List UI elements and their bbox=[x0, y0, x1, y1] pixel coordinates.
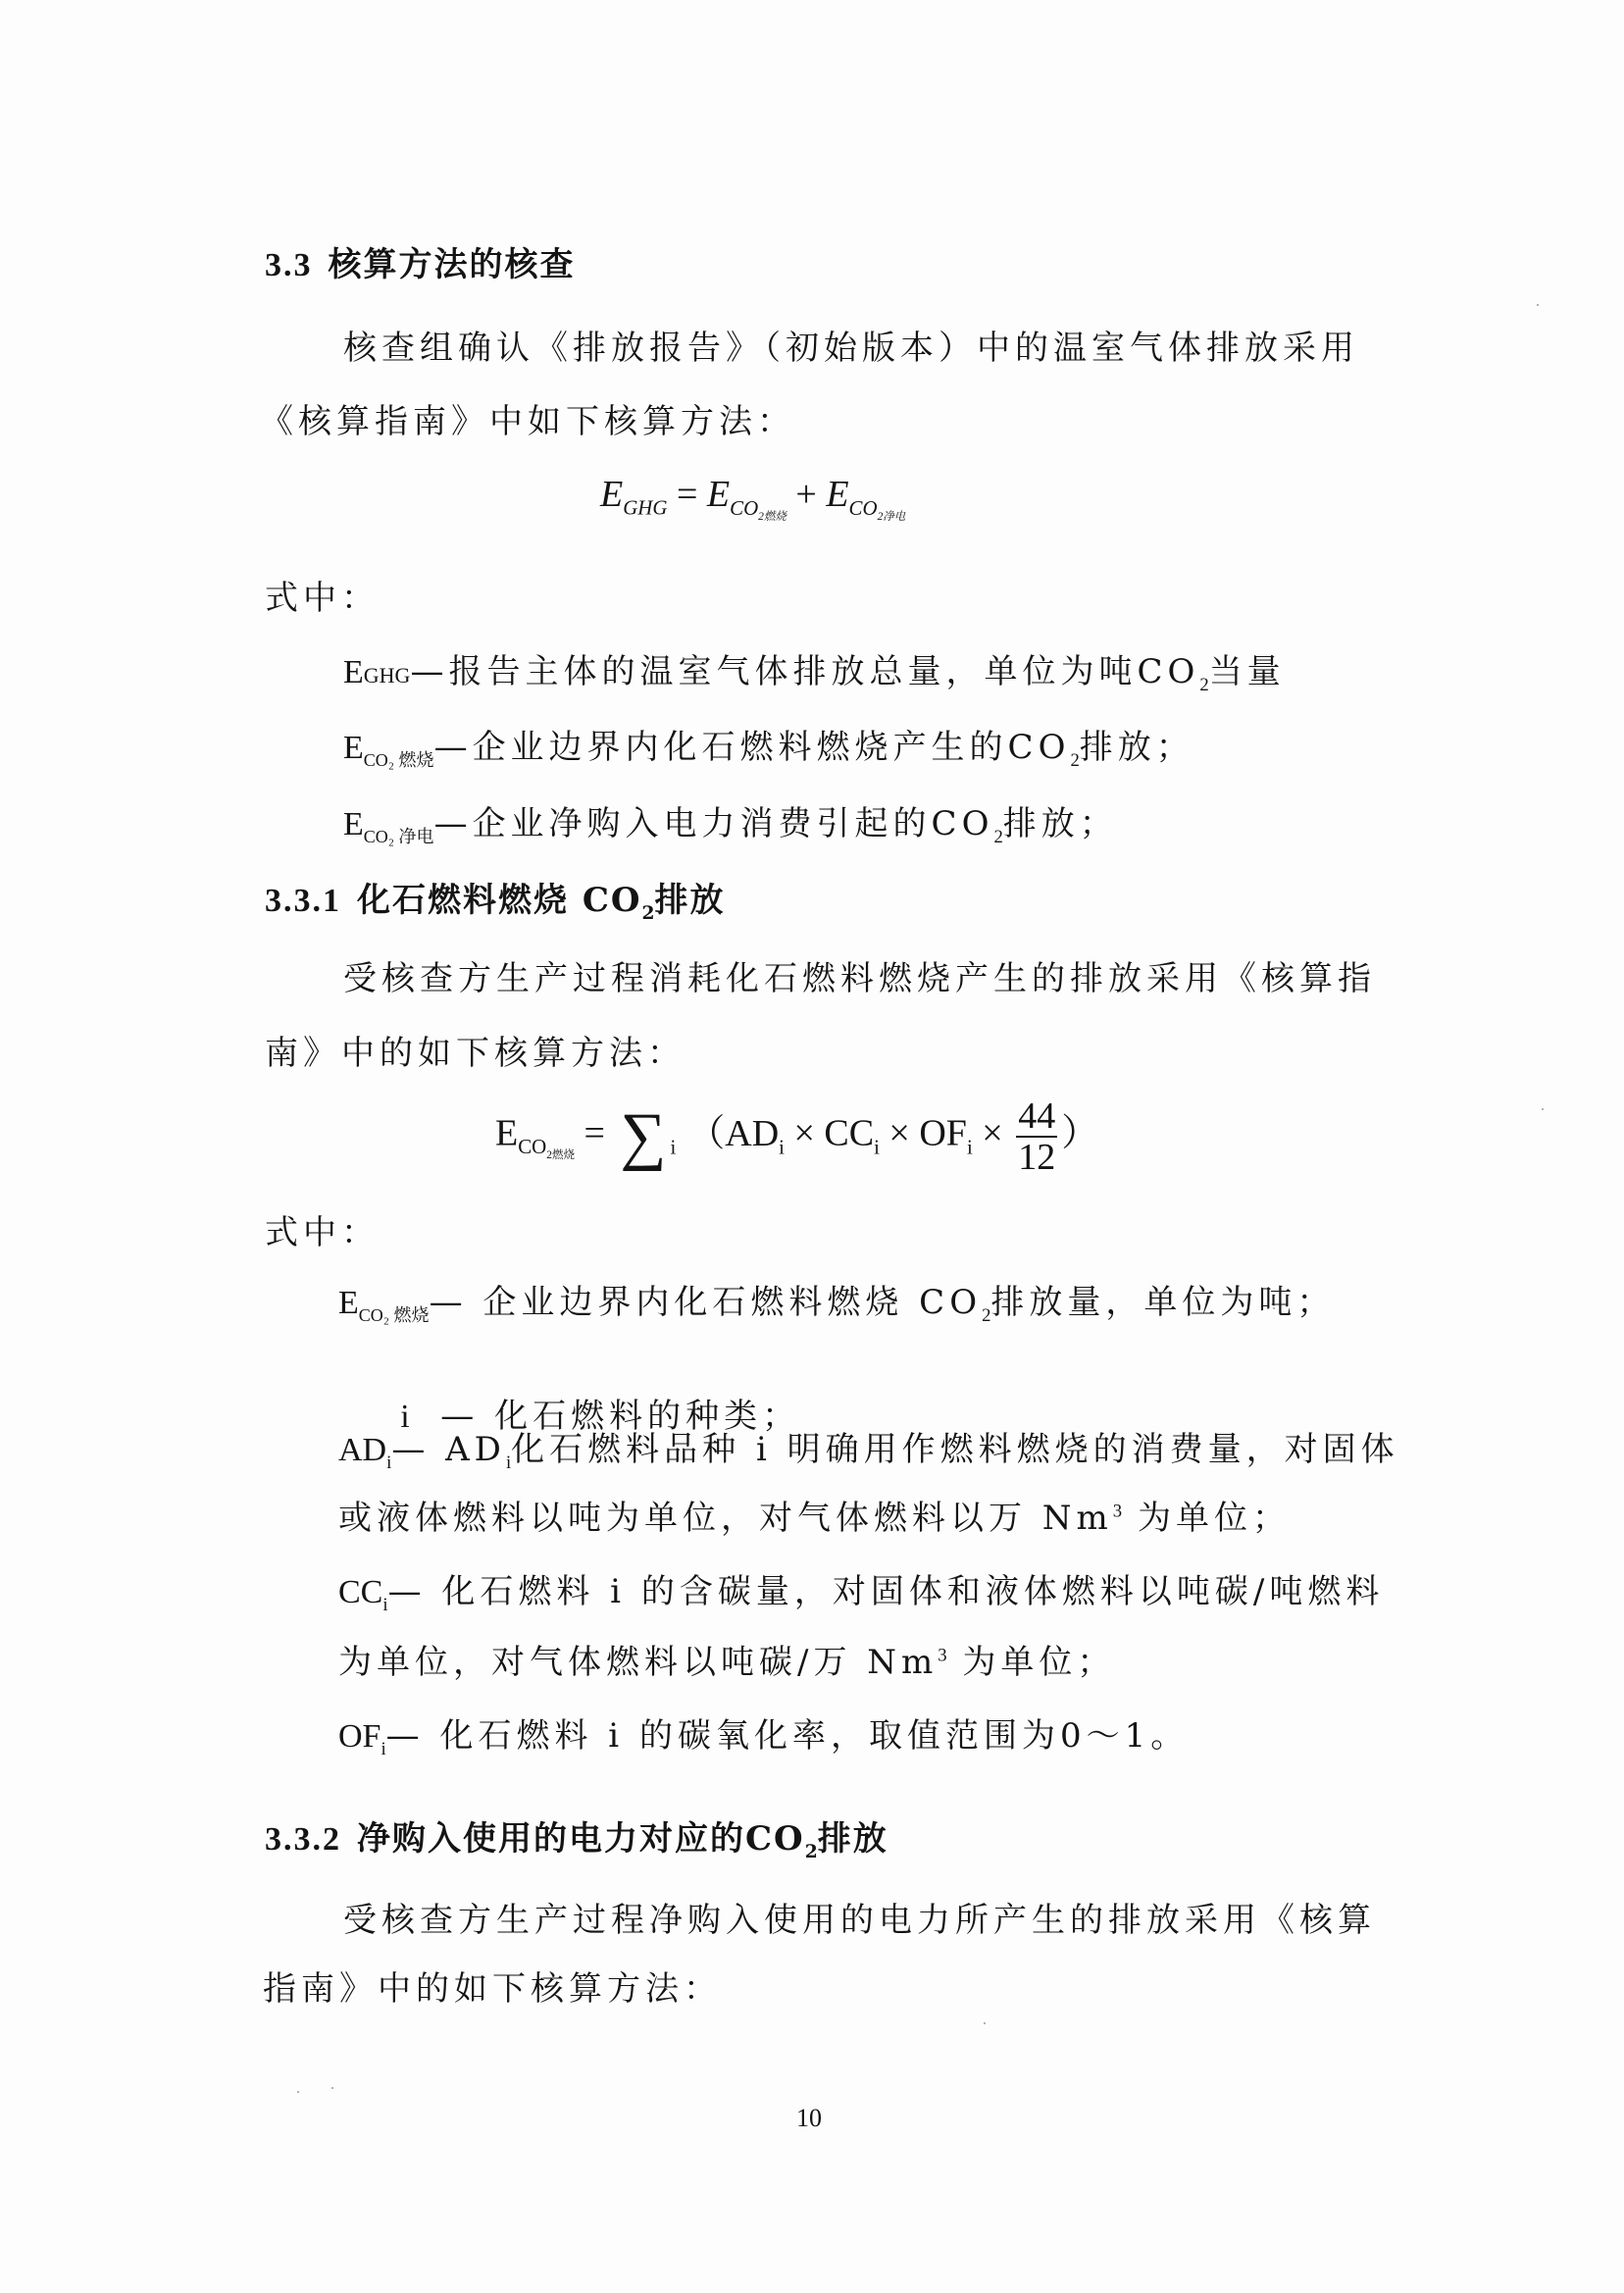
definition-text: 或液体燃料以吨为单位，对气体燃料以万 Nm bbox=[338, 1499, 1113, 1538]
paragraph-line: 核查组确认《排放报告》（初始版本）中的温室气体排放采用 bbox=[343, 329, 1359, 368]
summation-index: i bbox=[670, 1135, 676, 1158]
definition-text: 排放； bbox=[1003, 804, 1118, 843]
page-number: 10 bbox=[796, 2104, 822, 2133]
definition-text: 排放； bbox=[1080, 728, 1194, 767]
definition-text: — 企业边界内化石燃料燃烧 CO bbox=[430, 1283, 983, 1322]
definition-symbol: OF bbox=[338, 1718, 381, 1755]
section-number: 3.3.1 bbox=[265, 883, 341, 919]
formula-term: （AD bbox=[687, 1113, 779, 1154]
formula-subscript: 2燃烧 bbox=[546, 1149, 575, 1161]
formula-subscript: 2净电 bbox=[878, 511, 906, 523]
scan-speck bbox=[1273, 1307, 1275, 1309]
paragraph-line: 指南》中的如下核算方法： bbox=[263, 1969, 722, 2009]
formula-term: × OF bbox=[880, 1113, 967, 1154]
definition-text: — 化石燃料 i 的碳氧化率，取值范围为0～1。 bbox=[386, 1716, 1190, 1756]
scan-speck bbox=[331, 2087, 333, 2089]
section-title: 核算方法的核查 bbox=[329, 245, 576, 284]
section-number: 3.3.2 bbox=[265, 1821, 341, 1858]
section-title: 排放 bbox=[655, 881, 726, 920]
section-title: 化石燃料燃烧 CO bbox=[357, 881, 642, 920]
section-title-subscript: 2 bbox=[642, 902, 655, 924]
definition-symbol: E bbox=[338, 1285, 359, 1321]
definition-text: 化石燃料品种 i 明确用作燃料燃烧的消费量，对固体 bbox=[511, 1430, 1399, 1469]
definition-item: ADi— ADi化石燃料品种 i 明确用作燃料燃烧的消费量，对固体 bbox=[338, 1430, 1399, 1470]
scan-speck bbox=[1542, 1108, 1544, 1110]
formula-symbol: E bbox=[826, 474, 848, 515]
document-page: 3.3核算方法的核查 核查组确认《排放报告》（初始版本）中的温室气体排放采用 《… bbox=[0, 0, 1624, 2293]
definition-subscript: CO₂ 燃烧 bbox=[359, 1305, 430, 1325]
fraction-numerator: 44 bbox=[1016, 1096, 1057, 1138]
definition-text: —企业边界内化石燃料燃烧产生的CO bbox=[434, 728, 1071, 767]
section-title: 净购入使用的电力对应的CO bbox=[357, 1819, 805, 1859]
section-heading-3-3: 3.3核算方法的核查 bbox=[265, 245, 576, 285]
formula-operator: × bbox=[973, 1113, 1012, 1154]
section-heading-3-3-1: 3.3.1化石燃料燃烧 CO2排放 bbox=[265, 881, 726, 921]
definition-subscript: CO₂ 净电 bbox=[364, 827, 434, 846]
definition-subscript: 2 bbox=[1070, 750, 1079, 771]
definition-subscript: 2 bbox=[993, 827, 1002, 847]
definition-symbol: E bbox=[343, 654, 364, 690]
paragraph-line: 受核查方生产过程消耗化石燃料燃烧产生的排放采用《核算指 bbox=[343, 959, 1376, 998]
formula-operator: = bbox=[667, 474, 706, 515]
scan-speck bbox=[984, 2022, 986, 2024]
definition-item: ECO₂ 净电—企业净购入电力消费引起的CO2排放； bbox=[343, 804, 1118, 844]
definition-text: —报告主体的温室气体排放总量，单位为吨CO bbox=[410, 652, 1199, 691]
formula-operator: + bbox=[787, 474, 826, 515]
fraction: 4412 bbox=[1016, 1096, 1057, 1177]
definition-text: 为单位； bbox=[947, 1643, 1116, 1682]
paragraph-line: 《核算指南》中如下核算方法： bbox=[260, 402, 795, 441]
formula-subscript: GHG bbox=[623, 496, 667, 520]
definition-item: ECO₂ 燃烧— 企业边界内化石燃料燃烧 CO2排放量，单位为吨； bbox=[338, 1283, 1335, 1323]
definition-text: 为单位； bbox=[1122, 1499, 1291, 1538]
where-label: 式中： bbox=[265, 1213, 380, 1252]
definition-subscript: 2 bbox=[1199, 675, 1208, 695]
formula-subscript: 2燃烧 bbox=[758, 511, 787, 523]
definition-continuation: 或液体燃料以吨为单位，对气体燃料以万 Nm3 为单位； bbox=[338, 1499, 1291, 1538]
scan-speck bbox=[1537, 304, 1539, 306]
formula-symbol: E bbox=[600, 474, 623, 515]
section-heading-3-3-2: 3.3.2净购入使用的电力对应的CO2排放 bbox=[265, 1819, 888, 1860]
formula-operator: = bbox=[575, 1113, 614, 1154]
formula-total-emissions: EGHG = ECO2燃烧 + ECO2净电 bbox=[600, 473, 905, 517]
definition-text: 为单位，对气体燃料以吨碳/万 Nm bbox=[338, 1643, 938, 1682]
definition-symbol: E bbox=[343, 730, 364, 766]
summation-symbol: ∑ bbox=[620, 1100, 666, 1172]
scan-speck bbox=[297, 2091, 299, 2093]
definition-item: OFi— 化石燃料 i 的碳氧化率，取值范围为0～1。 bbox=[338, 1716, 1189, 1757]
definition-continuation: 为单位，对气体燃料以吨碳/万 Nm3 为单位； bbox=[338, 1643, 1115, 1682]
definition-text: 排放量，单位为吨； bbox=[990, 1283, 1335, 1322]
section-title-subscript: 2 bbox=[805, 1841, 818, 1862]
definition-item: ECO₂ 燃烧—企业边界内化石燃料燃烧产生的CO2排放； bbox=[343, 728, 1194, 768]
definition-subscript: CO₂ 燃烧 bbox=[364, 750, 434, 770]
definition-text: 当量 bbox=[1209, 652, 1286, 691]
definition-subscript: GHG bbox=[364, 663, 411, 688]
formula-term: × CC bbox=[785, 1113, 874, 1154]
definition-item: CCi— 化石燃料 i 的含碳量，对固体和液体燃料以吨碳/吨燃料 bbox=[338, 1572, 1384, 1612]
fraction-denominator: 12 bbox=[1016, 1138, 1057, 1177]
formula-combustion-emissions: ECO2燃烧 = ∑i（ADi × CCi × OFi × 4412） bbox=[495, 1096, 1098, 1177]
paragraph-line: 南》中的如下核算方法： bbox=[265, 1034, 685, 1073]
definition-symbol: CC bbox=[338, 1574, 382, 1610]
formula-subscript: CO bbox=[518, 1135, 546, 1158]
section-title: 排放 bbox=[818, 1819, 888, 1859]
definition-text: — 化石燃料 i 的含碳量，对固体和液体燃料以吨碳/吨燃料 bbox=[388, 1572, 1385, 1611]
definition-symbol: E bbox=[343, 806, 364, 842]
formula-subscript: CO bbox=[849, 496, 878, 520]
definition-superscript: 3 bbox=[1113, 1502, 1122, 1522]
formula-subscript: CO bbox=[730, 496, 758, 520]
section-number: 3.3 bbox=[265, 247, 313, 283]
definition-text: —企业净购入电力消费引起的CO bbox=[434, 804, 994, 843]
formula-symbol: E bbox=[707, 474, 730, 515]
formula-term: ） bbox=[1061, 1113, 1098, 1154]
definition-text: — AD bbox=[391, 1430, 506, 1469]
formula-symbol: E bbox=[495, 1113, 518, 1154]
definition-symbol: AD bbox=[338, 1432, 386, 1468]
where-label: 式中： bbox=[265, 579, 380, 618]
definition-item: EGHG—报告主体的温室气体排放总量，单位为吨CO2当量 bbox=[343, 652, 1286, 695]
definition-superscript: 3 bbox=[938, 1646, 946, 1666]
paragraph-line: 受核查方生产过程净购入使用的电力所产生的排放采用《核算 bbox=[343, 1901, 1376, 1940]
